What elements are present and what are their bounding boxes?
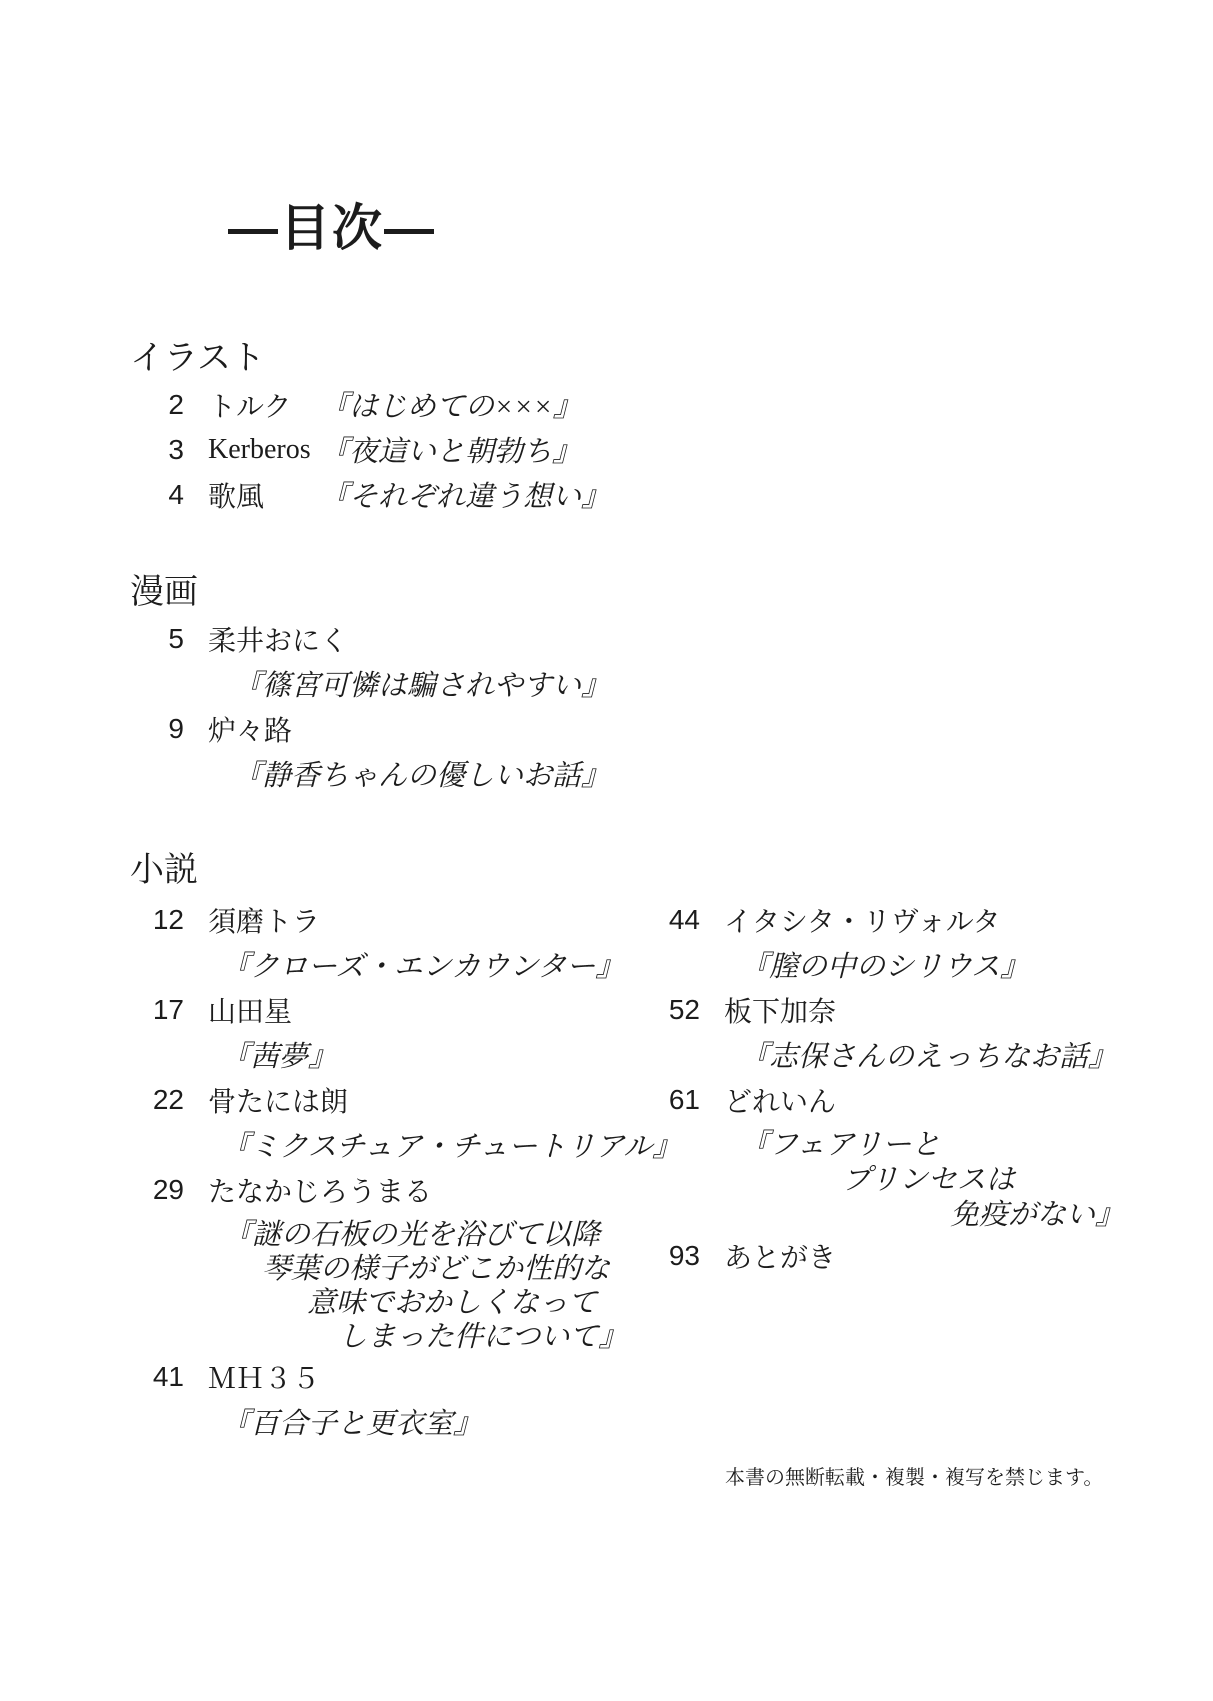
entry-work-title: 『夜這いと朝勃ち』 xyxy=(320,429,581,470)
toc-entry: 52 板下加奈 xyxy=(645,987,1185,1032)
entry-work-title-line: 『クローズ・エンカウンター』 xyxy=(130,942,630,987)
section-novels: 小説 xyxy=(130,850,198,894)
entry-page-number: 5 xyxy=(130,623,184,655)
entry-work-title: 『クローズ・エンカウンター』 xyxy=(221,944,624,985)
entry-page-number: 9 xyxy=(130,713,184,745)
toc-entry: 3 Kerberos 『夜這いと朝勃ち』 xyxy=(130,427,610,472)
entry-work-title-multiline: 『謎の石板の光を浴びて以降 琴葉の様子がどこか性的な 意味でおかしくなって しま… xyxy=(130,1212,630,1354)
entry-work-title-line: 『茜夢』 xyxy=(130,1032,630,1077)
entry-work-title-line: 『謎の石板の光を浴びて以降 xyxy=(223,1218,630,1252)
entry-page-number: 2 xyxy=(130,389,184,421)
toc-entry: 17 山田星 xyxy=(130,987,630,1032)
novels-column-left: 12 須磨トラ 『クローズ・エンカウンター』 17 山田星 『茜夢』 22 骨た… xyxy=(130,897,630,1444)
entry-author: どれいん xyxy=(724,1080,836,1120)
entry-author: 炉々路 xyxy=(208,709,292,749)
entry-author: 板下加奈 xyxy=(724,990,836,1030)
entry-work-title: 『志保さんのえっちなお話』 xyxy=(740,1034,1117,1075)
novels-column-right: 44 イタシタ・リヴォルタ 『膣の中のシリウス』 52 板下加奈 『志保さんのえ… xyxy=(645,897,1185,1278)
entry-author: イタシタ・リヴォルタ xyxy=(724,900,1001,940)
entry-work-title: 『百合子と更衣室』 xyxy=(221,1401,482,1442)
entry-work-title-line: 琴葉の様子がどこか性的な xyxy=(262,1252,630,1286)
copyright-notice: 本書の無断転載・複製・複写を禁じます。 xyxy=(725,1464,1103,1492)
toc-entry: 61 どれいん xyxy=(645,1077,1185,1122)
entry-work-title: 『ミクスチュア・チュートリアル』 xyxy=(221,1124,681,1165)
entry-author: Kerberos xyxy=(208,434,320,466)
section-heading-illustrations: イラスト xyxy=(130,338,610,378)
entry-work-title: 『静香ちゃんの優しいお話』 xyxy=(233,753,610,794)
section-heading-manga: 漫画 xyxy=(130,572,610,612)
entry-work-title-line: プリンセスは xyxy=(842,1163,1185,1198)
entry-work-title-line: 『ミクスチュア・チュートリアル』 xyxy=(130,1122,630,1167)
entry-work-title: 『篠宮可憐は騙されやすい』 xyxy=(233,663,610,704)
toc-entry: 5 柔井おにく xyxy=(130,616,610,661)
page-title: ―目次― xyxy=(228,200,436,256)
entry-work-title: 『膣の中のシリウス』 xyxy=(740,944,1029,985)
entry-work-title-line: 『フェアリーと xyxy=(740,1128,1185,1163)
entry-page-number: 3 xyxy=(130,434,184,466)
entry-author: トルク xyxy=(208,385,320,425)
entry-author: あとがき xyxy=(724,1236,836,1276)
toc-page: ―目次― イラスト 2 トルク 『はじめての×××』 3 Kerberos 『夜… xyxy=(0,0,1213,1701)
entry-work-title: 『はじめての×××』 xyxy=(320,384,582,425)
toc-entry: 22 骨たには朗 xyxy=(130,1077,630,1122)
entry-work-title-line: 意味でおかしくなって xyxy=(307,1286,630,1320)
entry-work-title-multiline: 『フェアリーと プリンセスは 免疫がない』 xyxy=(645,1122,1185,1233)
entry-work-title-line: しまった件について』 xyxy=(338,1320,630,1354)
toc-entry: 41 ＭＨ３５ xyxy=(130,1354,630,1399)
entry-work-title-line: 免疫がない』 xyxy=(950,1198,1185,1233)
entry-author: たなかじろうまる xyxy=(208,1170,432,1210)
entry-page-number: 93 xyxy=(645,1240,700,1272)
entry-page-number: 52 xyxy=(645,994,700,1026)
toc-entry: 9 炉々路 xyxy=(130,706,610,751)
entry-author: 柔井おにく xyxy=(208,619,348,659)
entry-page-number: 41 xyxy=(130,1361,184,1393)
entry-work-title-line: 『篠宮可憐は騙されやすい』 xyxy=(130,661,610,706)
entry-work-title-line: 『静香ちゃんの優しいお話』 xyxy=(130,751,610,796)
entry-page-number: 12 xyxy=(130,904,184,936)
section-heading-novels: 小説 xyxy=(130,850,198,890)
toc-entry: 2 トルク 『はじめての×××』 xyxy=(130,382,610,427)
entry-author: 歌風 xyxy=(208,475,320,515)
toc-entry: 12 須磨トラ xyxy=(130,897,630,942)
entry-work-title-line: 『百合子と更衣室』 xyxy=(130,1399,630,1444)
entry-page-number: 17 xyxy=(130,994,184,1026)
entry-page-number: 4 xyxy=(130,479,184,511)
section-manga: 漫画 5 柔井おにく 『篠宮可憐は騙されやすい』 9 炉々路 『静香ちゃんの優し… xyxy=(130,572,610,796)
entry-page-number: 44 xyxy=(645,904,700,936)
toc-entry: 93 あとがき xyxy=(645,1233,1185,1278)
toc-entry: 44 イタシタ・リヴォルタ xyxy=(645,897,1185,942)
toc-entry: 4 歌風 『それぞれ違う想い』 xyxy=(130,472,610,517)
entry-work-title-line: 『膣の中のシリウス』 xyxy=(645,942,1185,987)
entry-author: ＭＨ３５ xyxy=(208,1357,320,1397)
entry-author: 骨たには朗 xyxy=(208,1080,348,1120)
entry-author: 山田星 xyxy=(208,990,292,1030)
entry-work-title: 『茜夢』 xyxy=(221,1034,337,1075)
entry-page-number: 22 xyxy=(130,1084,184,1116)
entry-work-title-line: 『志保さんのえっちなお話』 xyxy=(645,1032,1185,1077)
section-illustrations: イラスト 2 トルク 『はじめての×××』 3 Kerberos 『夜這いと朝勃… xyxy=(130,338,610,517)
entry-page-number: 29 xyxy=(130,1174,184,1206)
toc-entry: 29 たなかじろうまる xyxy=(130,1167,630,1212)
entry-page-number: 61 xyxy=(645,1084,700,1116)
entry-author: 須磨トラ xyxy=(208,900,320,940)
entry-work-title: 『それぞれ違う想い』 xyxy=(320,474,610,515)
